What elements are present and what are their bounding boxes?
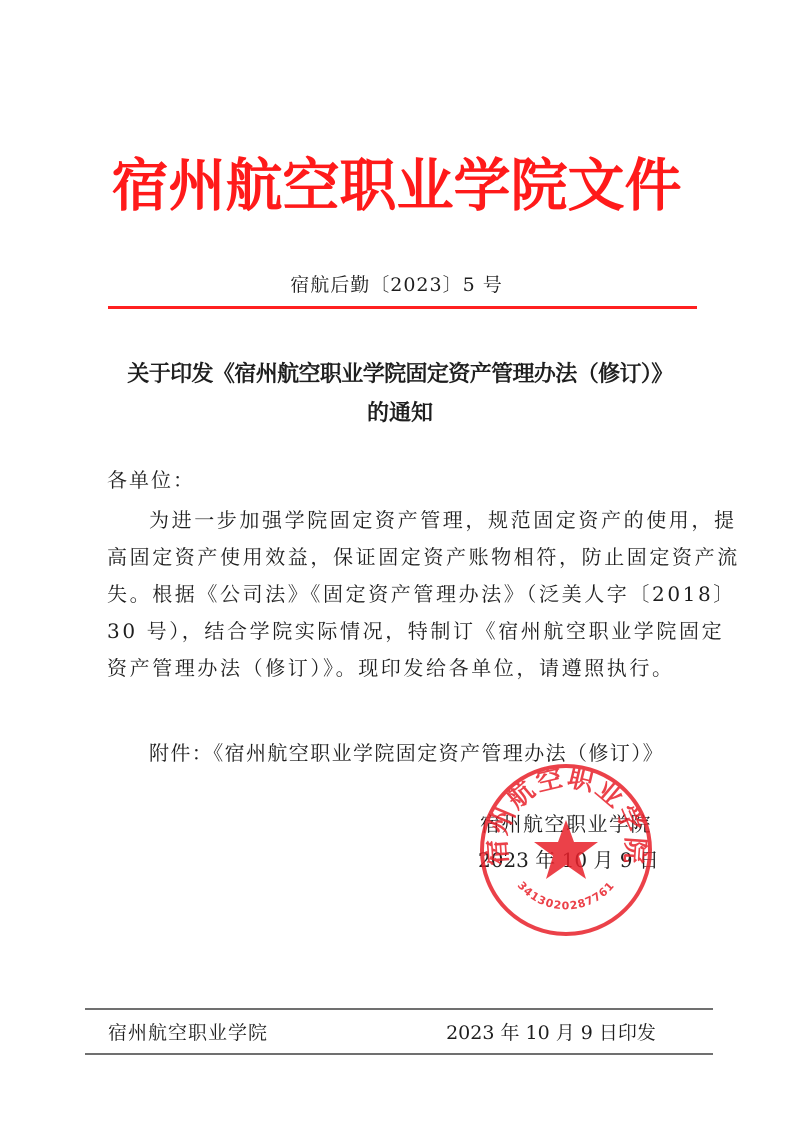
signature-organization: 宿州航空职业学院 [480,808,652,837]
attachment-reference: 附件：《宿州航空职业学院固定资产管理办法（修订）》 [149,737,664,766]
seal-code: 3413020287761 [515,879,618,912]
body-line: 高固定资产使用效益，保证固定资产账物相符，防止固定资产流 [107,541,697,570]
footer-organization: 宿州航空职业学院 [108,1018,268,1045]
red-divider-line [108,306,697,309]
svg-text:3413020287761: 3413020287761 [515,879,618,912]
body-line: 失。根据《公司法》《固定资产管理办法》（泛美人字〔2018〕 [107,578,697,607]
body-line: 资产管理办法（修订）》。现印发给各单位，请遵照执行。 [107,652,697,681]
body-line: 30 号），结合学院实际情况，特制订《宿州航空职业学院固定 [107,615,697,644]
footer-top-rule [85,1008,713,1010]
signature-date: 2023 年 10 月 9 日 [478,844,659,873]
footer-bottom-rule [85,1053,713,1055]
document-page: 宿州航空职业学院文件 宿航后勤〔2023〕5 号 关于印发《宿州航空职业学院固定… [0,0,793,1122]
document-number: 宿航后勤〔2023〕5 号 [0,270,793,297]
footer-issued-date: 2023 年 10 月 9 日印发 [386,1018,716,1045]
document-header-title: 宿州航空职业学院文件 [0,150,793,222]
salutation: 各单位： [107,464,697,493]
notice-title-line-2: 的通知 [100,396,700,427]
notice-title-line-1: 关于印发《宿州航空职业学院固定资产管理办法（修订）》 [100,357,700,388]
body-line: 为进一步加强学院固定资产管理，规范固定资产的使用，提 [149,504,739,533]
